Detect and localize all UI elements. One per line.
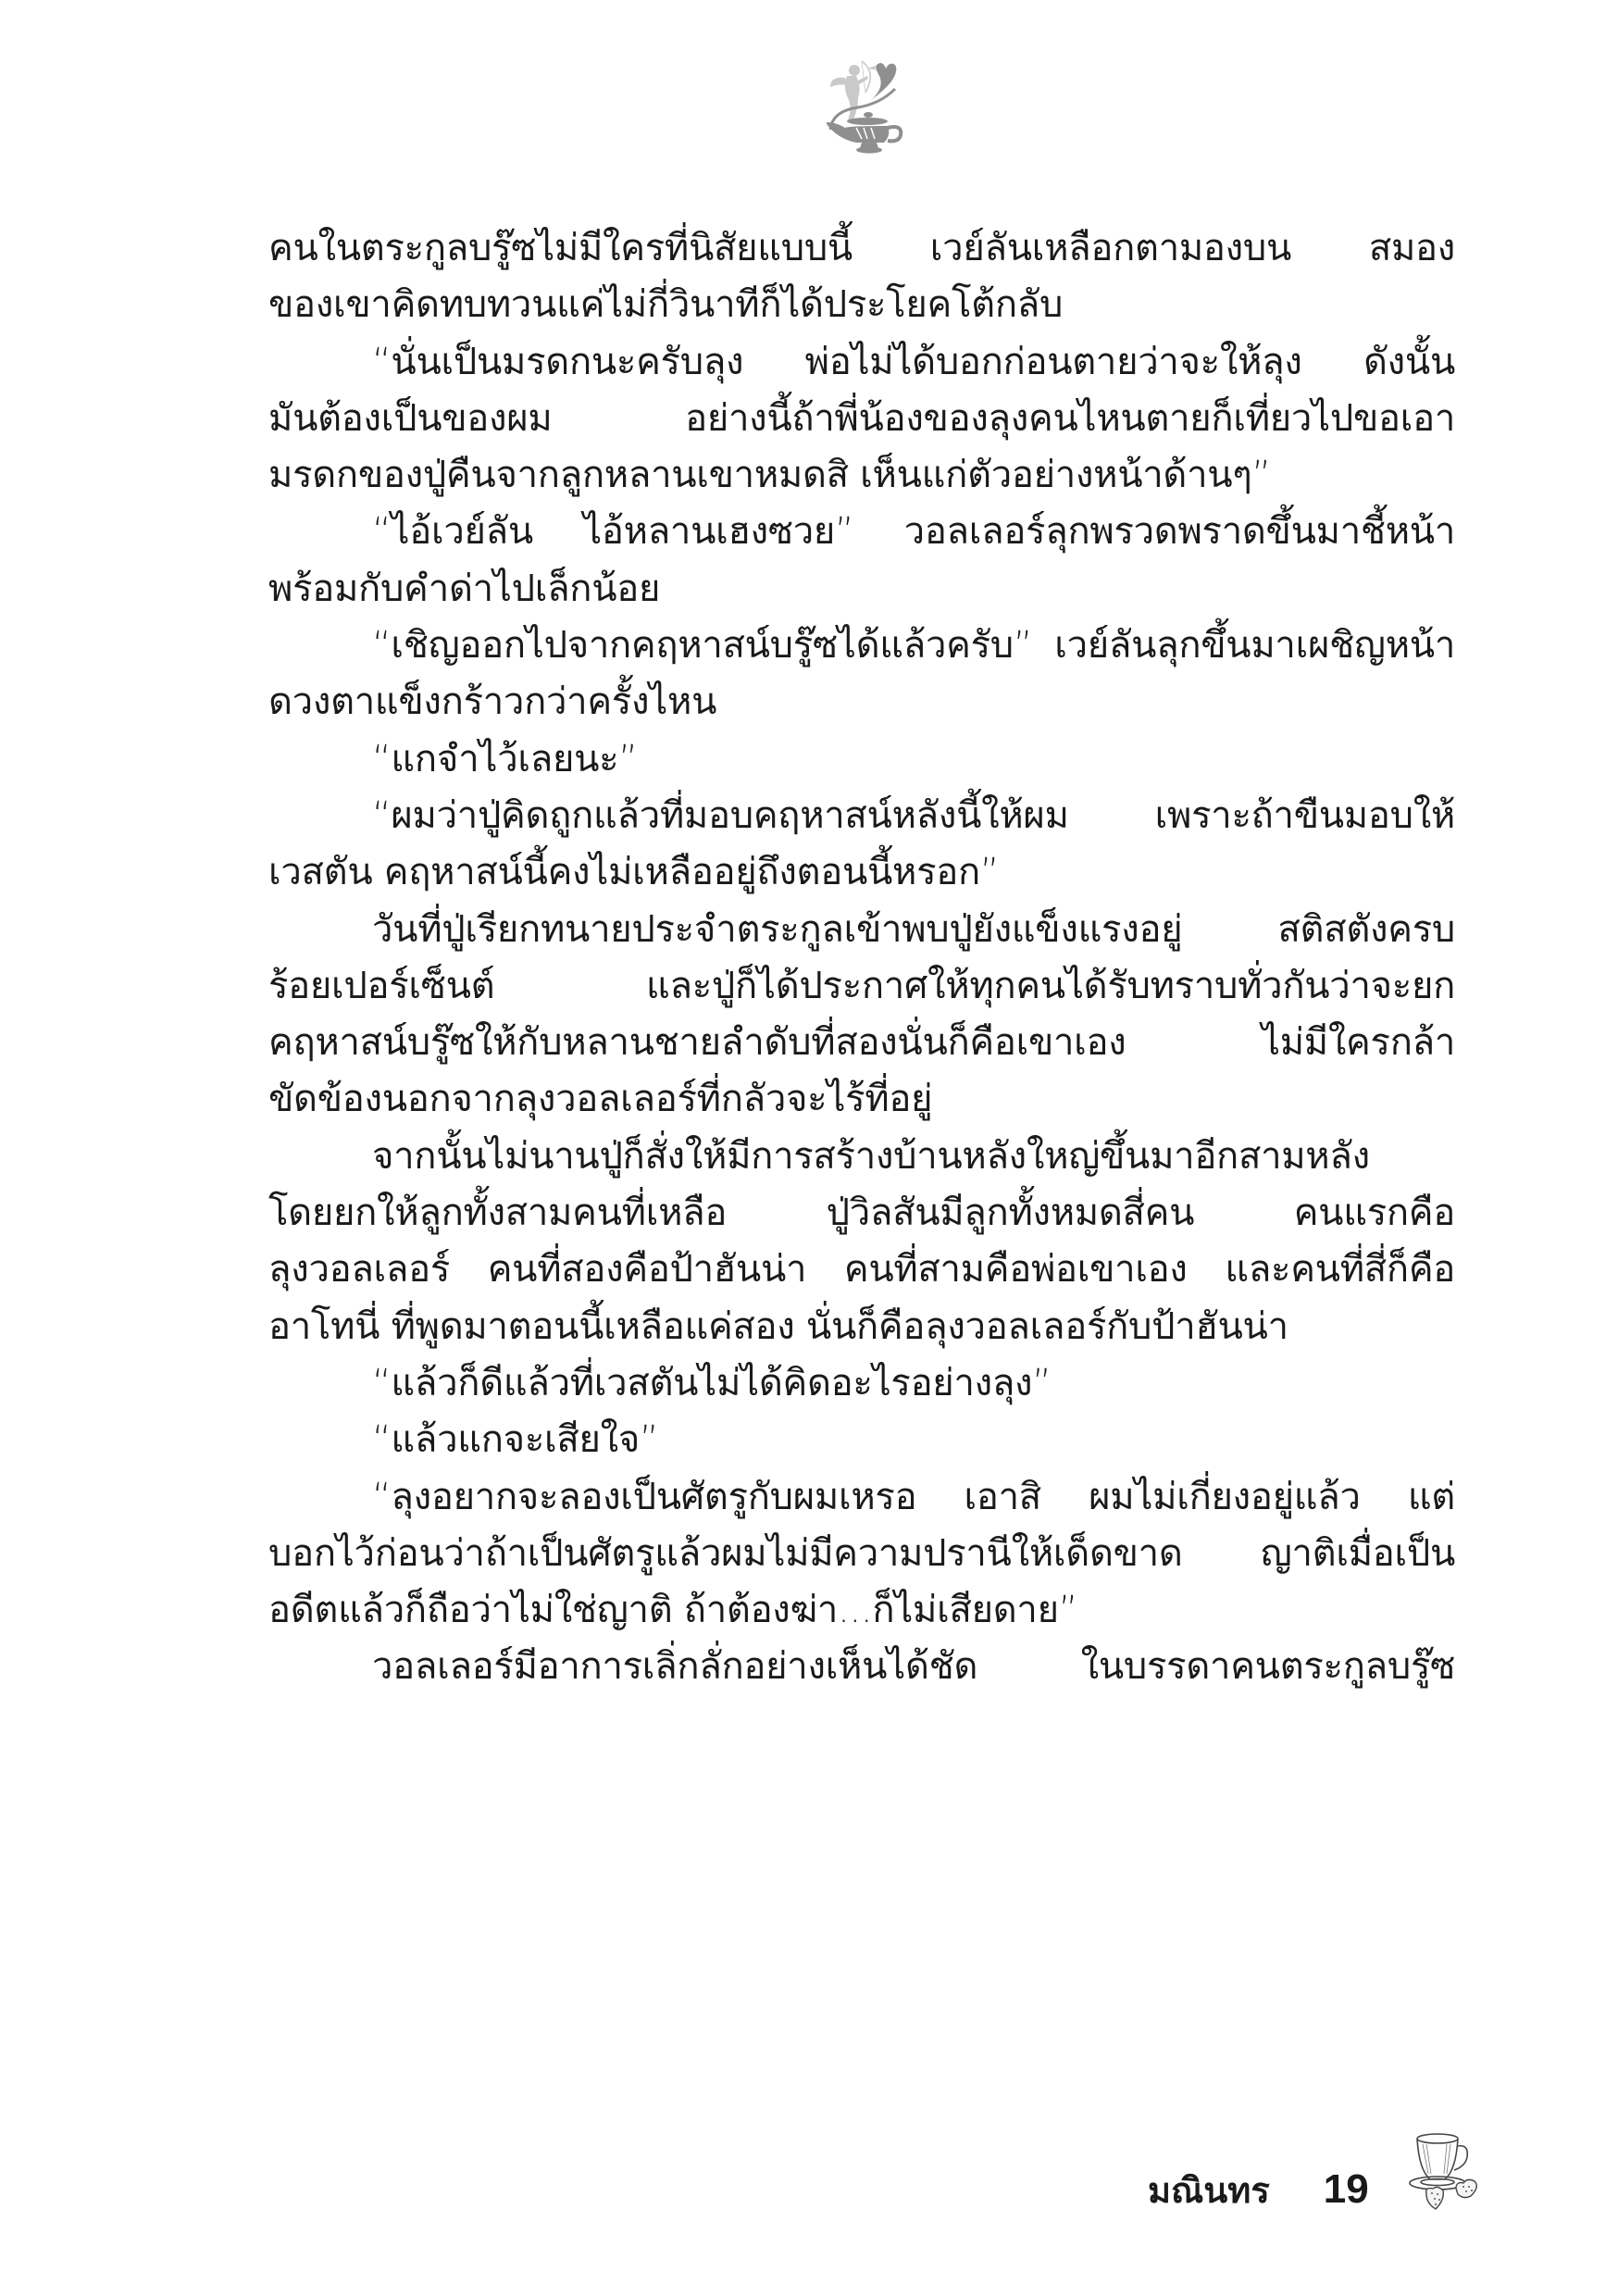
text-line: มันต้องเป็นของผม อย่างนี้ถ้าพี่น้องของลุ…	[268, 391, 1455, 447]
genie-lamp-cupid-icon	[810, 56, 912, 157]
text-line: อดีตแล้วก็ถือว่าไม่ใช่ญาติ ถ้าต้องฆ่า...…	[268, 1582, 1455, 1639]
text-line: ร้อยเปอร์เซ็นต์ และปู่ก็ได้ประกาศให้ทุกค…	[268, 958, 1455, 1015]
text-line: “แล้วแกจะเสียใจ”	[268, 1412, 1455, 1468]
text-line: พร้อมกับคำด่าไปเล็กน้อย	[268, 561, 1455, 618]
text-line: คฤหาสน์บรู๊ซให้กับหลานชายลำดับที่สองนั่น…	[268, 1015, 1455, 1071]
text-line: วันที่ปู่เรียกทนายประจำตระกูลเข้าพบปู่ยั…	[268, 902, 1455, 958]
text-line: มรดกของปู่คืนจากลูกหลานเขาหมดสิ เห็นแก่ต…	[268, 447, 1455, 504]
story-body: คนในตระกูลบรู๊ซไม่มีใครที่นิสัยแบบนี้ เว…	[268, 220, 1455, 1696]
page-number: 19	[1324, 2166, 1369, 2213]
text-line: ดวงตาแข็งกร้าวกว่าครั้งไหน	[268, 674, 1455, 730]
text-line: ลุงวอลเลอร์ คนที่สองคือป้าฮันน่า คนที่สา…	[268, 1242, 1455, 1298]
text-line: ขัดข้องนอกจากลุงวอลเลอร์ที่กลัวจะไร้ที่อ…	[268, 1071, 1455, 1128]
text-line: จากนั้นไม่นานปู่ก็สั่งให้มีการสร้างบ้านห…	[268, 1129, 1455, 1185]
text-line: โดยยกให้ลูกทั้งสามคนที่เหลือ ปู่วิลสันมี…	[268, 1185, 1455, 1242]
text-line: “ไอ้เวย์ลัน ไอ้หลานเฮงซวย” วอลเลอร์ลุกพร…	[268, 504, 1455, 560]
text-line: วอลเลอร์มีอาการเลิ่กลั่กอย่างเห็นได้ชัด …	[268, 1639, 1455, 1695]
text-line: เวสตัน คฤหาสน์นี้คงไม่เหลืออยู่ถึงตอนนี้…	[268, 844, 1455, 901]
text-line: คนในตระกูลบรู๊ซไม่มีใครที่นิสัยแบบนี้ เว…	[268, 220, 1455, 277]
teacup-hearts-icon	[1402, 2128, 1486, 2215]
text-line: “นั่นเป็นมรดกนะครับลุง พ่อไม่ได้บอกก่อนต…	[268, 334, 1455, 391]
text-line: “เชิญออกไปจากคฤหาสน์บรู๊ซได้แล้วครับ” เว…	[268, 618, 1455, 674]
text-line: “ผมว่าปู่คิดถูกแล้วที่มอบคฤหาสน์หลังนี้ใ…	[268, 788, 1455, 844]
text-line: บอกไว้ก่อนว่าถ้าเป็นศัตรูแล้วผมไม่มีความ…	[268, 1526, 1455, 1582]
book-title: มณินทร	[1148, 2162, 1270, 2218]
text-line: อาโทนี่ ที่พูดมาตอนนี้เหลือแค่สอง นั่นก็…	[268, 1299, 1455, 1355]
text-line: ของเขาคิดทบทวนแค่ไม่กี่วินาทีก็ได้ประโยค…	[268, 277, 1455, 333]
page-footer: มณินทร 19	[1148, 2157, 1369, 2222]
text-line: “แกจำไว้เลยนะ”	[268, 731, 1455, 788]
text-line: “ลุงอยากจะลองเป็นศัตรูกับผมเหรอ เอาสิ ผม…	[268, 1469, 1455, 1526]
text-line: “แล้วก็ดีแล้วที่เวสตันไม่ได้คิดอะไรอย่าง…	[268, 1355, 1455, 1412]
